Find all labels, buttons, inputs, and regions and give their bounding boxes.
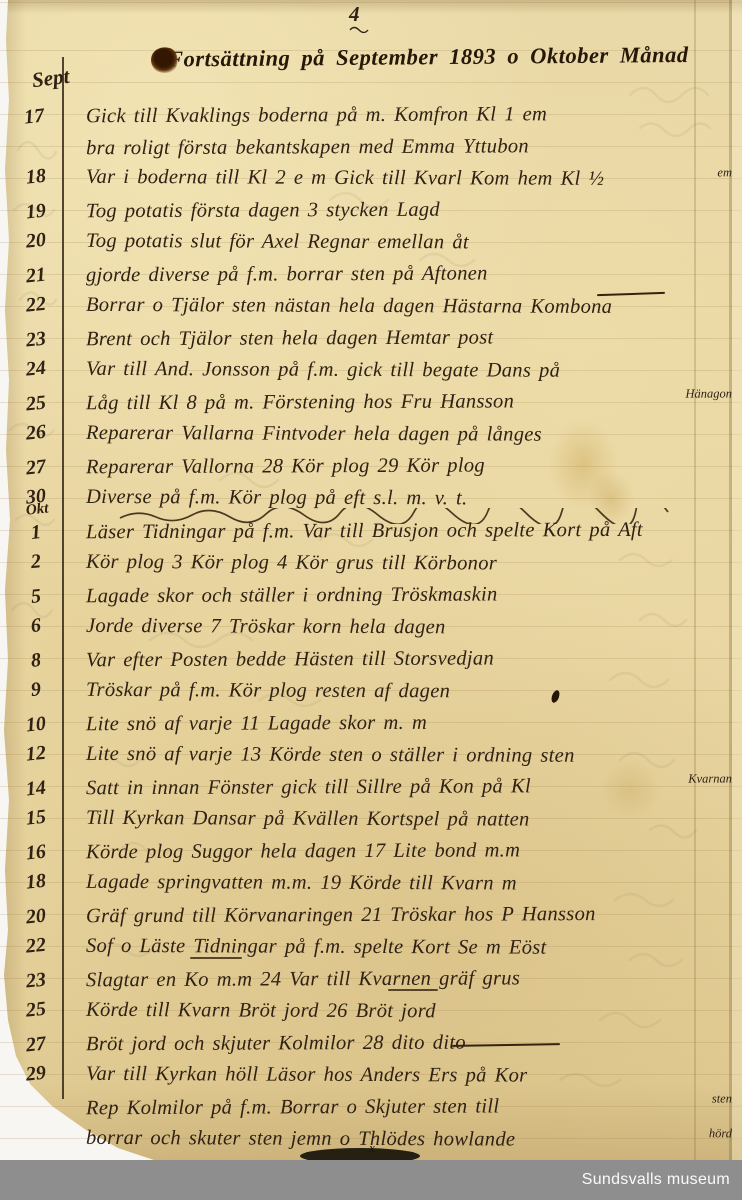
entry-date: 18 [9, 864, 64, 901]
underline-mark [388, 989, 438, 991]
entry-date: 6 [9, 608, 64, 645]
entry-text: Reparerar Vallorna 28 Kör plog 29 Kör pl… [62, 449, 740, 484]
entry-date: 26 [9, 415, 64, 452]
entry-text: Lite snö af varje 13 Körde sten o ställe… [62, 739, 740, 774]
entry-date: 30Okt [8, 479, 63, 517]
entry-date: 24 [9, 351, 64, 388]
entry-text: Kör plog 3 Kör plog 4 Kör grus till Körb… [62, 547, 740, 582]
entry-superscript: em [717, 157, 732, 189]
entry-text: Lagade skor och ställer i ordning Tröskm… [62, 578, 740, 613]
entry-text: Jorde diverse 7 Tröskar korn hela dagen [62, 611, 740, 646]
diary-entry-row: 20 Gräf grund till Körvanaringen 21 Trös… [10, 898, 740, 933]
diary-entry-row: 25 Körde till Kvarn Bröt jord 26 Bröt jo… [10, 995, 740, 1030]
entry-text: Gick till Kvaklings boderna på m. Komfro… [62, 98, 740, 164]
entry-text: Tog potatis slut för Axel Regnar emellan… [62, 226, 740, 261]
entry-text: Slagtar en Ko m.m 24 Var till Kvarnen gr… [62, 962, 740, 997]
entry-superscript: hörd [709, 1118, 732, 1150]
entry-date: 25 [9, 992, 64, 1029]
underline-mark [190, 957, 242, 959]
diary-entry-row: 9 Tröskar på f.m. Kör plog resten af dag… [10, 675, 740, 710]
page-title: Fortsättning på September 1893 o Oktober… [168, 41, 742, 72]
diary-entry-row: 18 Lagade springvatten m.m. 19 Körde til… [10, 867, 740, 902]
entry-text: Satt in innan Fönster gick till Sillre p… [62, 770, 740, 805]
entry-date: 29 [9, 1056, 64, 1093]
entry-text: Lite snö af varje 11 Lagade skor m. m [62, 706, 740, 741]
entry-text: Gräf grund till Körvanaringen 21 Tröskar… [62, 898, 740, 933]
diary-entry-row: 23 Brent och Tjälor sten hela dagen Hemt… [10, 321, 740, 356]
diary-entry-row: 12 Lite snö af varje 13 Körde sten o stä… [10, 739, 740, 774]
diary-entry-row: 26 Reparerar Vallarna Fintvoder hela dag… [10, 418, 740, 453]
page-number-value: 4 [349, 2, 360, 26]
entry-text: Låg till Kl 8 på m. Förstening hos Fru H… [62, 385, 740, 420]
entry-date: 15 [9, 800, 64, 837]
entry-text: Rep Kolmilor på f.m. Borrar o Skjuter st… [62, 1090, 740, 1125]
diary-entry-row: 22 Sof o Läste Tidningar på f.m. spelte … [10, 931, 740, 966]
diary-entry-row: 29 Var till Kyrkan höll Läsor hos Anders… [10, 1059, 740, 1094]
diary-entry-row: 15 Till Kyrkan Dansar på Kvällen Kortspe… [10, 803, 740, 838]
entry-text: Sof o Läste Tidningar på f.m. spelte Kor… [62, 931, 740, 966]
entry-date: 22 [9, 928, 64, 965]
entry-superscript: Kvarnan [688, 763, 732, 795]
entry-date [9, 1120, 64, 1157]
diary-entry-row: 27 Reparerar Vallorna 28 Kör plog 29 Kör… [10, 449, 740, 484]
entry-superscript: Hänagon [685, 378, 732, 410]
diary-entry-row: 20 Tog potatis slut för Axel Regnar emel… [10, 226, 740, 261]
diary-entry-row: 27 Bröt jord och skjuter Kolmilor 28 dit… [10, 1026, 740, 1061]
entry-date: 2 [9, 544, 64, 581]
entry-date: 20 [9, 223, 64, 260]
entry-text: Var till And. Jonsson på f.m. gick till … [62, 354, 740, 389]
page-number: 4 [349, 2, 369, 33]
entry-text: Till Kyrkan Dansar på Kvällen Kortspel p… [62, 803, 740, 838]
diary-entries: 17 Gick till Kvaklings boderna på m. Kom… [10, 100, 740, 1156]
entry-text: Körde plog Suggor hela dagen 17 Lite bon… [62, 834, 740, 869]
diary-entry-row: 2 Kör plog 3 Kör plog 4 Kör grus till Kö… [10, 547, 740, 582]
entry-date: 12 [9, 736, 64, 773]
entry-date: 18 [9, 159, 64, 196]
diary-entry-row: 16 Körde plog Suggor hela dagen 17 Lite … [10, 834, 740, 869]
month-label: Sept [31, 64, 71, 93]
diary-entry-row: 19 Tog potatis första dagen 3 stycken La… [10, 193, 740, 228]
entry-date: 22 [9, 287, 64, 324]
credit-bar: Sundsvalls museum [0, 1160, 742, 1200]
entry-text: Bröt jord och skjuter Kolmilor 28 dito d… [62, 1026, 740, 1061]
diary-entry-row: 25 Låg till Kl 8 på m. Förstening hos Fr… [10, 385, 740, 420]
entry-text: Tog potatis första dagen 3 stycken Lagd [62, 193, 740, 228]
entry-text: Var i boderna till Kl 2 e m Gick till Kv… [62, 162, 740, 197]
entry-text: Reparerar Vallarna Fintvoder hela dagen … [62, 418, 740, 453]
entry-date: 9 [9, 672, 64, 709]
diary-entry-row: 21 gjorde diverse på f.m. borrar sten på… [10, 257, 740, 292]
diary-entry-row: 5 Lagade skor och ställer i ordning Trös… [10, 578, 740, 613]
entry-superscript: sten [712, 1083, 732, 1115]
entry-text: Tröskar på f.m. Kör plog resten af dagen [62, 675, 740, 710]
museum-credit: Sundsvalls museum [582, 1171, 730, 1189]
entry-text: Var till Kyrkan höll Läsor hos Anders Er… [62, 1059, 740, 1094]
entry-text: Brent och Tjälor sten hela dagen Hemtar … [62, 321, 740, 356]
diary-entry-row: 14 Satt in innan Fönster gick till Sillr… [10, 770, 740, 805]
diary-entry-row: Rep Kolmilor på f.m. Borrar o Skjuter st… [10, 1090, 740, 1125]
diary-entry-row: 6 Jorde diverse 7 Tröskar korn hela dage… [10, 611, 740, 646]
entry-date: 17 [7, 99, 66, 167]
entry-text: Var efter Posten bedde Hästen till Stors… [62, 642, 740, 677]
diary-entry-row: 17 Gick till Kvaklings boderna på m. Kom… [10, 98, 740, 164]
entry-text: Borrar o Tjälor sten nästan hela dagen H… [62, 290, 740, 325]
diary-entry-row: 23 Slagtar en Ko m.m 24 Var till Kvarnen… [10, 962, 740, 997]
entry-text: gjorde diverse på f.m. borrar sten på Af… [62, 257, 740, 292]
entry-text: Körde till Kvarn Bröt jord 26 Bröt jord [62, 995, 740, 1030]
underline-squiggle-icon [349, 25, 369, 33]
diary-entry-row: 10 Lite snö af varje 11 Lagade skor m. m [10, 706, 740, 741]
entry-text: Lagade springvatten m.m. 19 Körde till K… [62, 867, 740, 902]
wavy-divider-flourish [118, 508, 698, 524]
diary-entry-row: 24 Var till And. Jonsson på f.m. gick ti… [10, 354, 740, 389]
diary-entry-row: 18 Var i boderna till Kl 2 e m Gick till… [10, 162, 740, 197]
diary-entry-row: 8 Var efter Posten bedde Hästen till Sto… [10, 642, 740, 677]
